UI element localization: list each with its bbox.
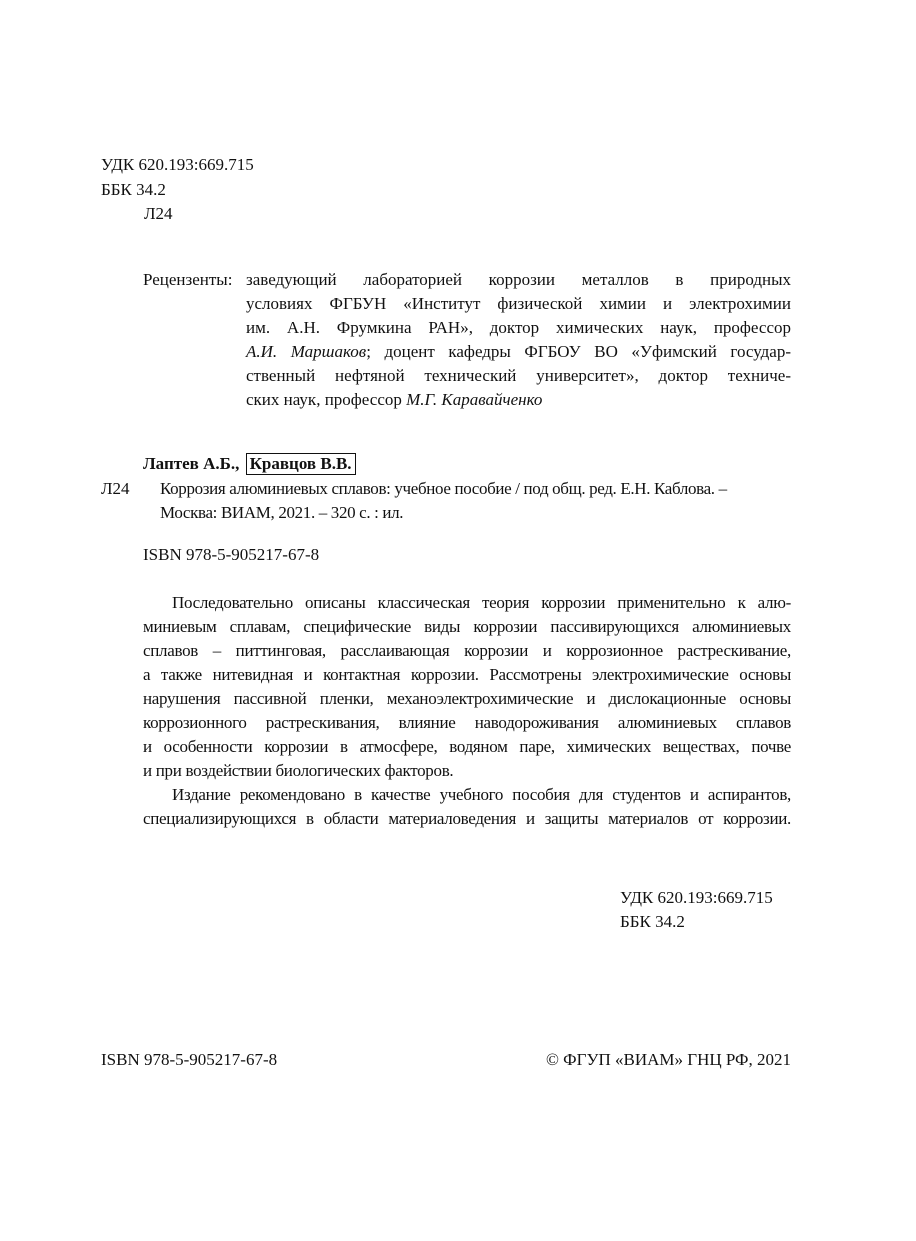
author-mark: Л24 [101, 479, 130, 499]
author-2-boxed: Кравцов В.В. [246, 453, 356, 475]
authors: Лаптев А.Б., Кравцов В.В. [143, 454, 356, 474]
reviewer-name-1: А.И. Маршаков [246, 342, 366, 361]
abstract-line: Последовательно описаны классическая тео… [172, 593, 791, 613]
abstract-line: нарушения пассивной пленки, механоэлектр… [143, 689, 791, 709]
reviewers-line-text: ских наук, профессор [246, 390, 406, 409]
reviewers-line: условиях ФГБУН «Институт физической хими… [246, 294, 791, 314]
isbn: ISBN 978-5-905217-67-8 [143, 545, 319, 565]
publication-info-line: Москва: ВИАМ, 2021. – 320 с. : ил. [160, 503, 791, 523]
abstract-line: и особенности коррозии в атмосфере, водя… [143, 737, 791, 757]
book-title-line: Коррозия алюминиевых сплавов: учебное по… [160, 479, 791, 499]
reviewers-line: ских наук, профессор М.Г. Каравайченко [246, 390, 791, 410]
reviewers-label: Рецензенты: [143, 270, 232, 290]
reviewers-line: заведующий лабораторией коррозии металло… [246, 270, 791, 290]
bbk-code-bottom: ББК 34.2 [620, 912, 685, 932]
udk-code-bottom: УДК 620.193:669.715 [620, 888, 773, 908]
udk-code-top: УДК 620.193:669.715 [101, 155, 254, 175]
bbk-code-top: ББК 34.2 [101, 180, 166, 200]
reviewers-line: им. А.Н. Фрумкина РАН», доктор химически… [246, 318, 791, 338]
abstract-line: сплавов – питтинговая, расслаивающая кор… [143, 641, 791, 661]
reviewers-line: А.И. Маршаков; доцент кафедры ФГБОУ ВО «… [246, 342, 791, 362]
author-mark-top: Л24 [144, 204, 173, 224]
abstract-line: а также нитевидная и контактная коррозии… [143, 665, 791, 685]
reviewers-line-text: ; доцент кафедры ФГБОУ ВО «Уфимский госу… [366, 342, 791, 361]
reviewers-line: ственный нефтяной технический университе… [246, 366, 791, 386]
abstract-line: и при воздействии биологических факторов… [143, 761, 791, 781]
abstract-line: специализирующихся в области материалове… [143, 809, 791, 829]
abstract-line: коррозионного растрескивания, влияние на… [143, 713, 791, 733]
isbn-footer: ISBN 978-5-905217-67-8 [101, 1050, 277, 1070]
author-1: Лаптев А.Б., [143, 454, 239, 473]
reviewer-name-2: М.Г. Каравайченко [406, 390, 542, 409]
abstract-line: Издание рекомендовано в качестве учебног… [172, 785, 791, 805]
copyright: © ФГУП «ВИАМ» ГНЦ РФ, 2021 [525, 1050, 791, 1070]
abstract-line: миниевым сплавам, специфические виды кор… [143, 617, 791, 637]
